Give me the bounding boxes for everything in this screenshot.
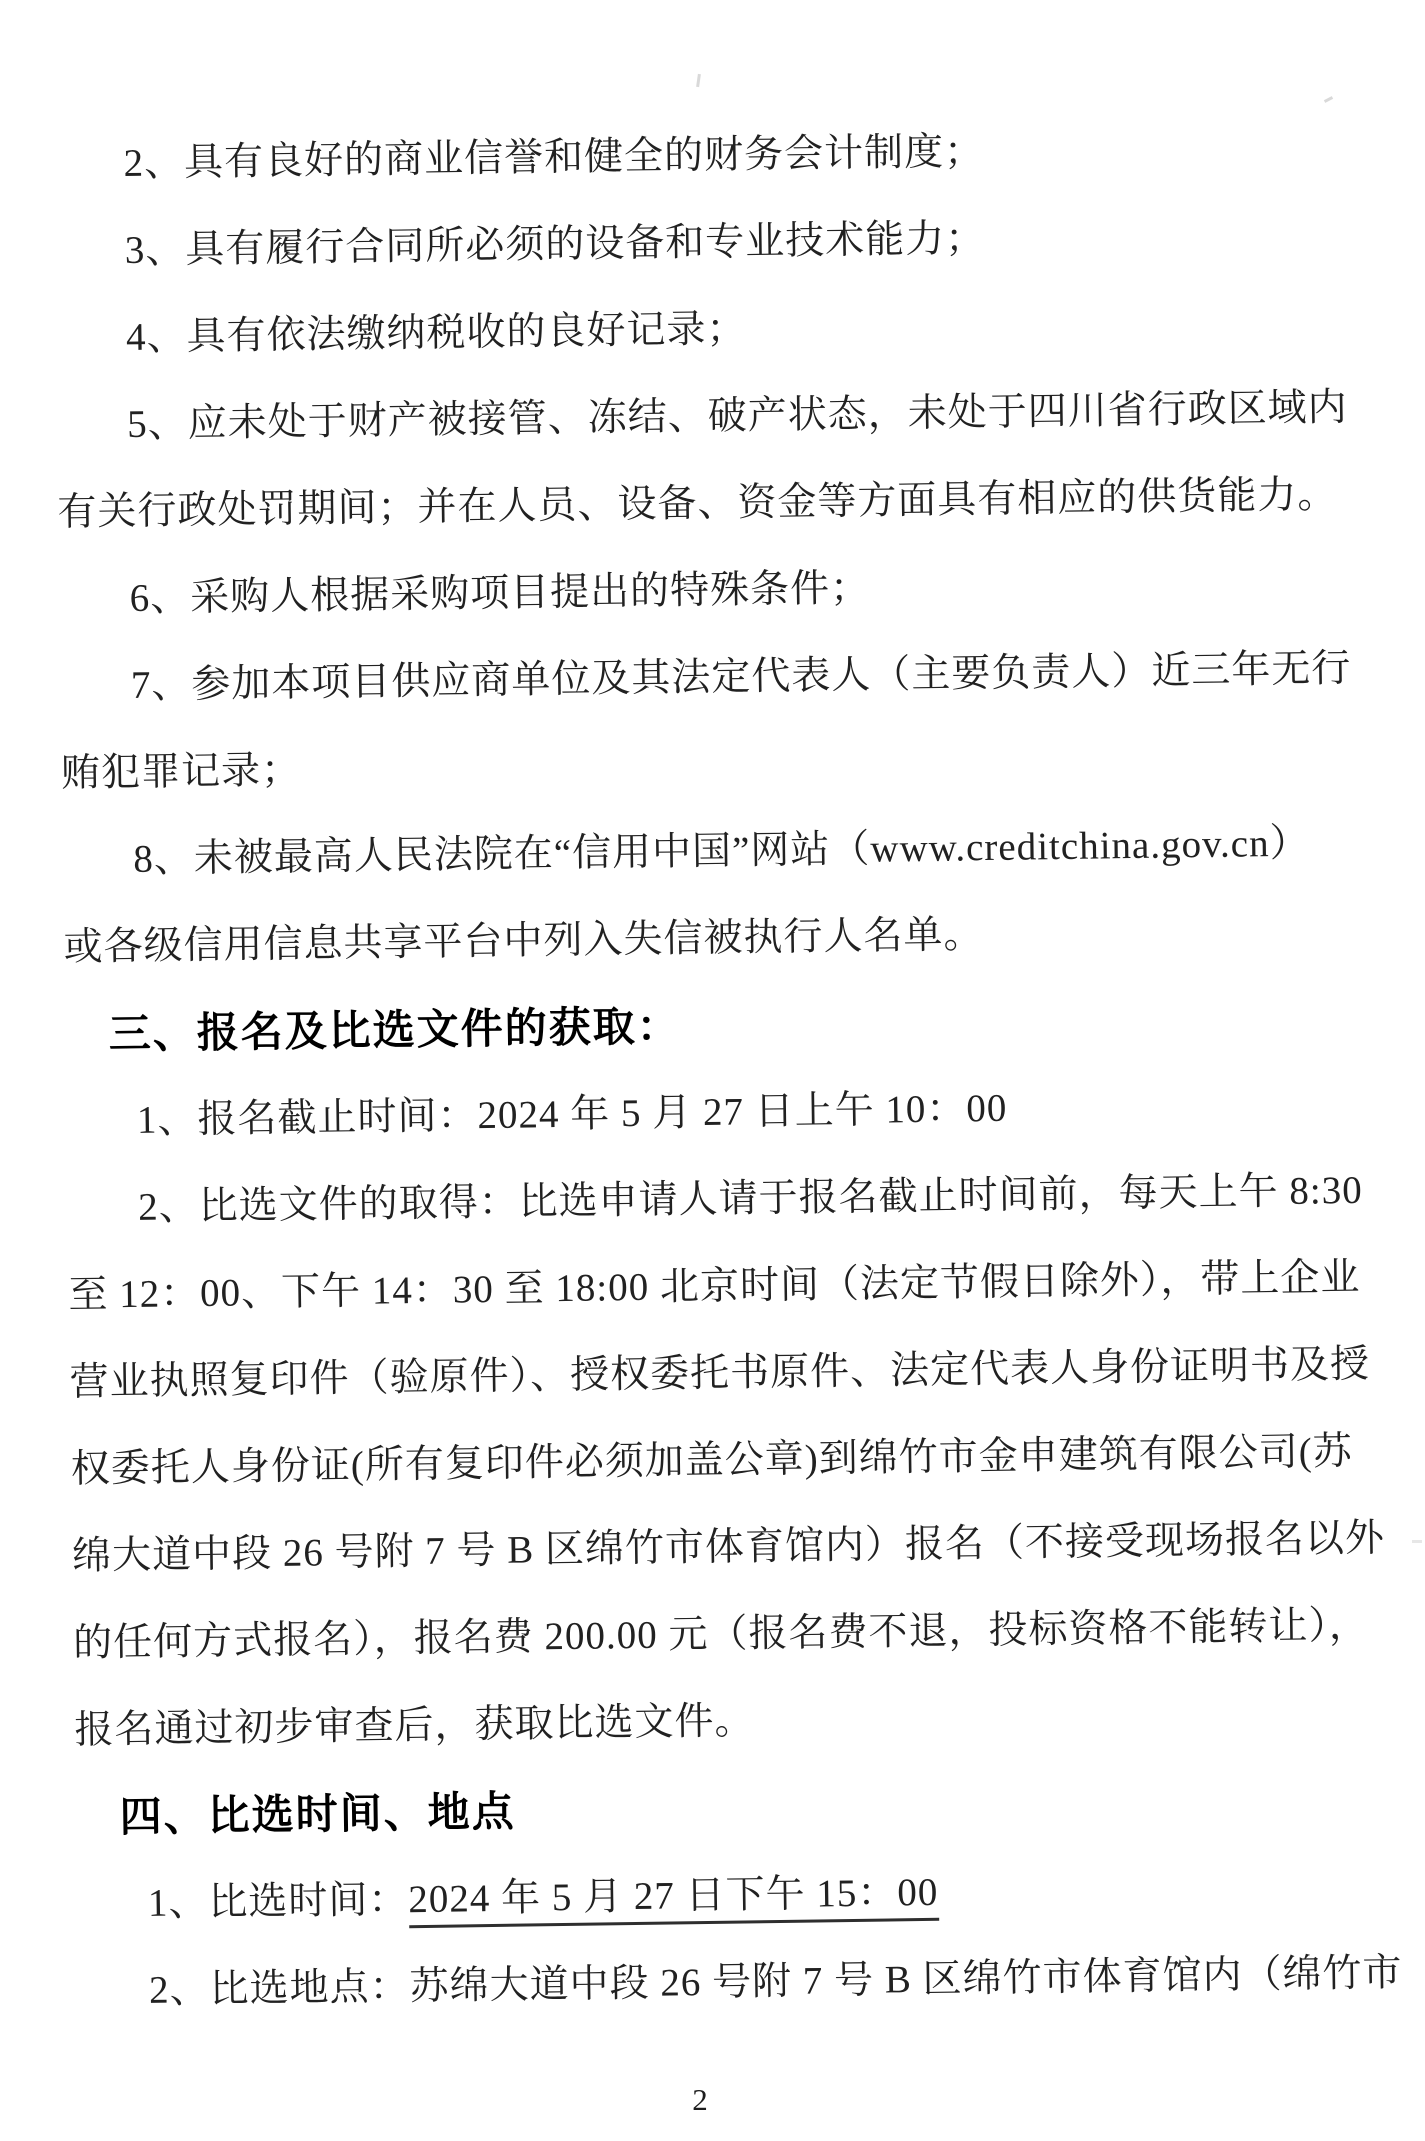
obtain-documents-line-6: 的任何方式报名），报名费 200.00 元（报名费不退，投标资格不能转让）， <box>73 1582 1360 1687</box>
requirement-item-8-line-1: 8、未被最高人民法院在“信用中国”网站（www.creditchina.gov.… <box>62 799 1349 904</box>
page-number: 2 <box>0 2082 1400 2118</box>
scan-speck <box>1324 96 1333 103</box>
comparison-time-value-underlined: 2024 年 5 月 27 日下午 15：00 <box>408 1871 939 1928</box>
scan-speck <box>1412 1540 1422 1543</box>
content-block: 2、具有良好的商业信誉和健全的财务会计制度； 3、具有履行合同所必须的设备和专业… <box>52 103 1365 2035</box>
comparison-location-line: 2、比选地点：苏绵大道中段 26 号附 7 号 B 区绵竹市体育馆内（绵竹市 <box>78 1930 1365 2035</box>
requirement-item-7-line-1: 7、参加本项目供应商单位及其法定代表人（主要负责人）近三年无行 <box>59 625 1346 730</box>
requirement-item-5-line-2: 有关行政处罚期间；并在人员、设备、资金等方面具有相应的供货能力。 <box>57 451 1344 556</box>
comparison-time-label: 1、比选时间： <box>148 1878 409 1925</box>
document-page: 2、具有良好的商业信誉和健全的财务会计制度； 3、具有履行合同所必须的设备和专业… <box>0 0 1425 2141</box>
scan-speck <box>696 74 701 87</box>
